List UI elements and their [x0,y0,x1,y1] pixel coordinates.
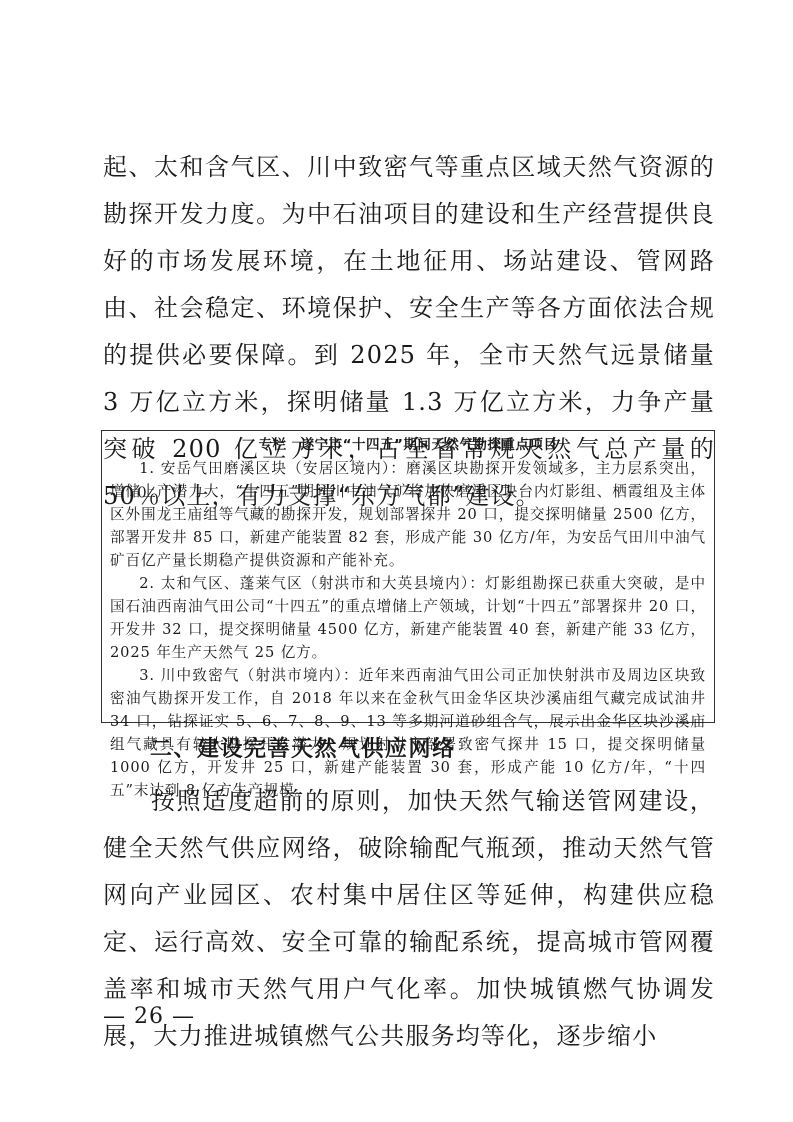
section-heading: 二、建设完善天然气供应网络 [150,732,456,763]
box-item-2: 2. 太和气区、蓬莱气区（射洪市和大英县境内）：灯影组勘探已获重大突破，是中国石… [110,572,706,664]
box-item-1: 1. 安岳气田磨溪区块（安居区境内）：磨溪区块勘探开发领域多，主力层系突出，增储… [110,457,706,572]
box-title: 专栏 遂宁市“十四五”期间天然气勘探重点项目 [110,434,706,457]
feature-box: 专栏 遂宁市“十四五”期间天然气勘探重点项目 1. 安岳气田磨溪区块（安居区境内… [101,430,715,723]
page-number: — 26 — [103,1004,195,1029]
